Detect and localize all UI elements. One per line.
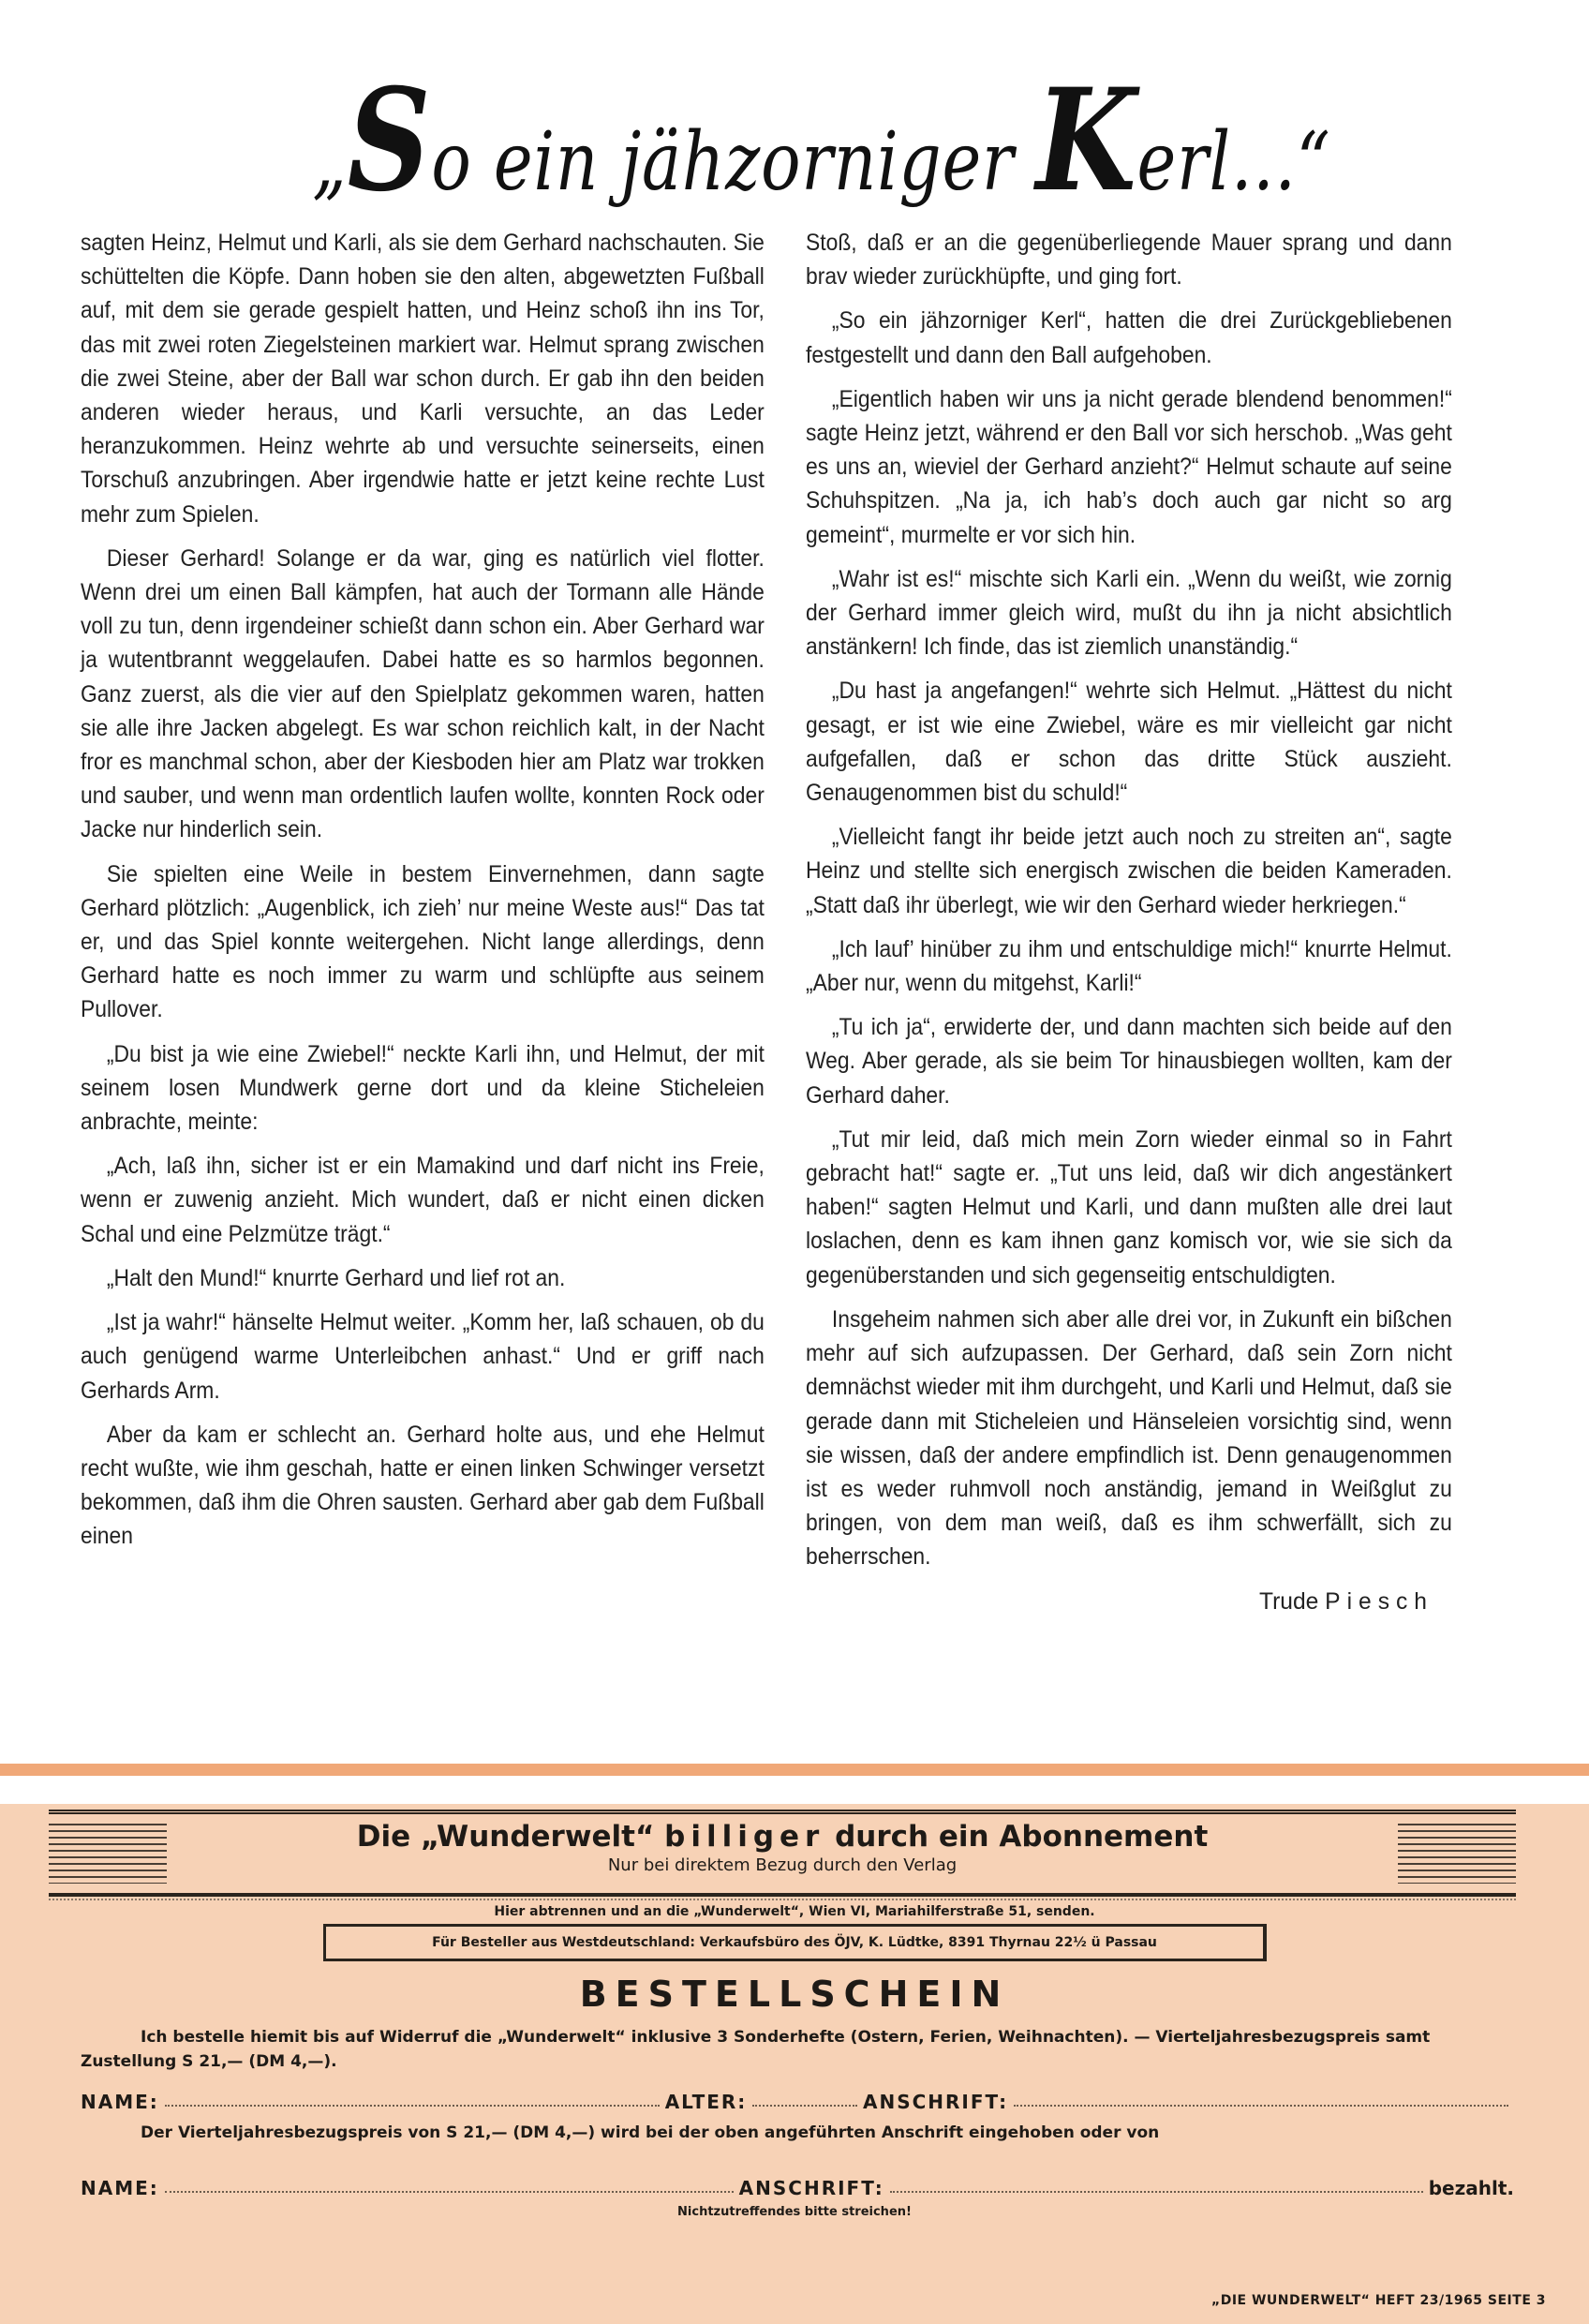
address-label: ANSCHRIFT: (863, 2091, 1008, 2113)
decorative-stripe (0, 1764, 1589, 1776)
paragraph: „Ist ja wahr!“ hänselte Helmut weiter. „… (81, 1306, 765, 1408)
hatch-decoration-left (49, 1824, 167, 1884)
paragraph: „Eigentlich haben wir uns ja nicht gerad… (806, 383, 1452, 553)
paragraph: „Du hast ja angefangen!“ wehrte sich Hel… (806, 675, 1452, 811)
cut-line (49, 1899, 1516, 1900)
name-label: NAME: (81, 2091, 159, 2113)
author-last-name: Piesch (1325, 1589, 1433, 1615)
banner-title-part: Die „Wunderwelt“ (357, 1820, 664, 1854)
cut-instruction: Hier abtrennen und an die „Wunderwelt“, … (0, 1901, 1589, 1922)
subscription-banner: Die „Wunderwelt“ billiger durch ein Abon… (49, 1810, 1516, 1897)
paragraph: „Vielleicht fangt ihr beide jetzt auch n… (806, 821, 1452, 923)
paragraph: „Tu ich ja“, erwiderte der, und dann mac… (806, 1011, 1452, 1113)
paid-label: bezahlt. (1429, 2177, 1514, 2199)
paragraph: „Halt den Mund!“ knurrte Gerhard und lie… (81, 1262, 765, 1296)
paragraph: „Wahr ist es!“ mischte sich Karli ein. „… (806, 563, 1452, 665)
payer-fields: NAME: ANSCHRIFT: bezahlt. (81, 2171, 1514, 2199)
banner-title-emphasis: billiger (664, 1820, 824, 1854)
paragraph: „So ein jähzorniger Kerl“, hatten die dr… (806, 305, 1452, 372)
payer-address-field[interactable] (890, 2190, 1423, 2193)
payer-name-field[interactable] (165, 2190, 734, 2193)
paragraph: „Ach, laß ihn, sicher ist er ein Mamakin… (81, 1150, 765, 1252)
payment-statement: Der Vierteljahresbezugspreis von S 21,— … (141, 2121, 1159, 2145)
age-label: ALTER: (665, 2091, 748, 2113)
paragraph: Dieser Gerhard! Solange er da war, ging … (81, 543, 765, 848)
article-right-column: Stoß, daß er an die gegenüberliegende Ma… (806, 227, 1452, 1619)
payer-address-label: ANSCHRIFT: (739, 2177, 884, 2199)
author-byline: Trude Piesch (806, 1586, 1452, 1619)
payer-name-label: NAME: (81, 2177, 159, 2199)
cross-out-note: Nichtzutreffendes bitte streichen! (0, 2205, 1589, 2219)
paragraph: Aber da kam er schlecht an. Gerhard holt… (81, 1419, 765, 1555)
paragraph: „Tut mir leid, daß mich mein Zorn wieder… (806, 1124, 1452, 1293)
title-middle: o ein jähzorniger (431, 115, 1035, 209)
title-initial-s: S (348, 58, 432, 223)
paragraph: „Ich lauf’ hinüber zu ihm und entschuldi… (806, 933, 1452, 1001)
order-coupon: Die „Wunderwelt“ billiger durch ein Abon… (0, 1804, 1589, 2324)
page-footer: „DIE WUNDERWELT“ HEFT 23/1965 SEITE 3 (1211, 2293, 1546, 2308)
banner-title: Die „Wunderwelt“ billiger durch ein Abon… (180, 1818, 1385, 1855)
age-field[interactable] (752, 2104, 857, 2107)
germany-orders-box: Für Besteller aus Westdeutschland: Verka… (323, 1924, 1267, 1961)
hatch-decoration-right (1398, 1824, 1516, 1884)
order-statement-text: Ich bestelle hiemit bis auf Widerruf die… (81, 2028, 1430, 2071)
name-field[interactable] (165, 2104, 660, 2107)
paragraph: Insgeheim nahmen sich aber alle drei vor… (806, 1304, 1452, 1575)
paragraph: Sie spielten eine Weile in bestem Einver… (81, 858, 765, 1028)
title-end: erl...“ (1137, 115, 1331, 209)
title-initial-k: K (1036, 58, 1137, 223)
article-left-column: sagten Heinz, Helmut und Karli, als sie … (81, 227, 765, 1565)
address-field[interactable] (1014, 2104, 1508, 2107)
paragraph: sagten Heinz, Helmut und Karli, als sie … (81, 227, 765, 532)
paragraph: Stoß, daß er an die gegenüberliegende Ma… (806, 227, 1452, 294)
banner-subtitle: Nur bei direktem Bezug durch den Verlag (180, 1854, 1385, 1878)
banner-title-part: durch ein Abonnement (824, 1820, 1208, 1854)
article-title: „So ein jähzorniger Kerl...“ (312, 66, 1280, 216)
order-form-heading: BESTELLSCHEIN (0, 1971, 1589, 2018)
title-open-quote: „ (312, 115, 347, 209)
author-first-name: Trude (1259, 1589, 1318, 1615)
order-statement: Ich bestelle hiemit bis auf Widerruf die… (81, 2025, 1523, 2074)
paragraph: „Du bist ja wie eine Zwiebel!“ neckte Ka… (81, 1038, 765, 1140)
subscriber-fields: NAME: ALTER: ANSCHRIFT: (81, 2085, 1514, 2113)
